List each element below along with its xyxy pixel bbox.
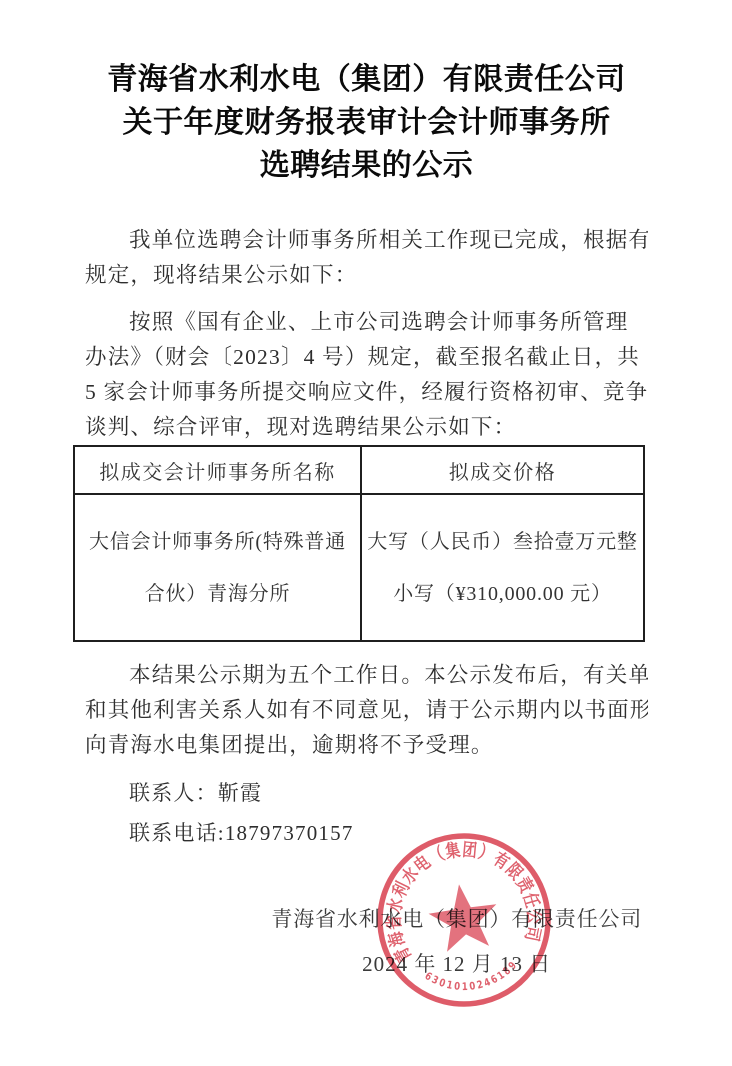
price-numeric-line: 小写（¥310,000.00 元） (362, 568, 643, 620)
paragraph-line: 5 家会计师事务所提交响应文件，经履行资格初审、竞争性 (85, 375, 648, 410)
firm-name-line: 大信会计师事务所(特殊普通 (75, 516, 360, 568)
firm-name-line: 合伙）青海分所 (75, 568, 360, 620)
table-row: 大信会计师事务所(特殊普通 合伙）青海分所 大写（人民币）叁拾壹万元整 小写（¥… (74, 494, 644, 641)
paragraph-procedure: 按照《国有企业、上市公司选聘会计师事务所管理 办法》（财会〔2023〕4 号）规… (85, 305, 648, 445)
title-line: 青海省水利水电（集团）有限责任公司 (85, 58, 648, 101)
paragraph-objection: 本结果公示期为五个工作日。本公示发布后，有关单位 和其他利害关系人如有不同意见，… (85, 658, 648, 763)
document-content: 青海省水利水电（集团）有限责任公司 关于年度财务报表审计会计师事务所 选聘结果的… (0, 0, 732, 987)
paragraph-intro: 我单位选聘会计师事务所相关工作现已完成，根据有关 规定，现将结果公示如下： (85, 223, 648, 293)
contact-phone: 联系电话:18797370157 (85, 813, 648, 853)
result-table: 拟成交会计师事务所名称 拟成交价格 大信会计师事务所(特殊普通 合伙）青海分所 … (73, 445, 645, 642)
table-header-row: 拟成交会计师事务所名称 拟成交价格 (74, 446, 644, 494)
paragraph-line: 按照《国有企业、上市公司选聘会计师事务所管理 (85, 305, 648, 340)
title-line: 关于年度财务报表审计会计师事务所 (85, 101, 648, 144)
contact-block: 联系人：靳霞 联系电话:18797370157 (85, 773, 648, 853)
paragraph-line: 向青海水电集团提出，逾期将不予受理。 (85, 728, 648, 763)
paragraph-line: 办法》（财会〔2023〕4 号）规定，截至报名截止日，共 (85, 340, 648, 375)
paragraph-line: 谈判、综合评审，现对选聘结果公示如下： (85, 410, 648, 445)
signature-date: 2024 年 12 月 13 日 (271, 942, 642, 987)
table-header-price: 拟成交价格 (361, 446, 644, 494)
paragraph-line: 和其他利害关系人如有不同意见，请于公示期内以书面形式 (85, 693, 648, 728)
paragraph-line: 规定，现将结果公示如下： (85, 258, 648, 293)
document-page: 青海省水利水电（集团）有限责任公司 关于年度财务报表审计会计师事务所 选聘结果的… (0, 0, 732, 1066)
paragraph-line: 本结果公示期为五个工作日。本公示发布后，有关单位 (85, 658, 648, 693)
table-cell-price: 大写（人民币）叁拾壹万元整 小写（¥310,000.00 元） (361, 494, 644, 641)
paragraph-line: 我单位选聘会计师事务所相关工作现已完成，根据有关 (85, 223, 648, 258)
table-cell-firm: 大信会计师事务所(特殊普通 合伙）青海分所 (74, 494, 361, 641)
contact-person: 联系人：靳霞 (85, 773, 648, 813)
signature-company: 青海省水利水电（集团）有限责任公司 (271, 897, 642, 942)
signature-block: 青海省水利水电（集团）有限责任公司 2024 年 12 月 13 日 (271, 897, 642, 987)
table-header-firm: 拟成交会计师事务所名称 (74, 446, 361, 494)
price-uppercase-line: 大写（人民币）叁拾壹万元整 (362, 516, 643, 568)
document-title: 青海省水利水电（集团）有限责任公司 关于年度财务报表审计会计师事务所 选聘结果的… (85, 58, 648, 187)
title-line: 选聘结果的公示 (85, 144, 648, 187)
